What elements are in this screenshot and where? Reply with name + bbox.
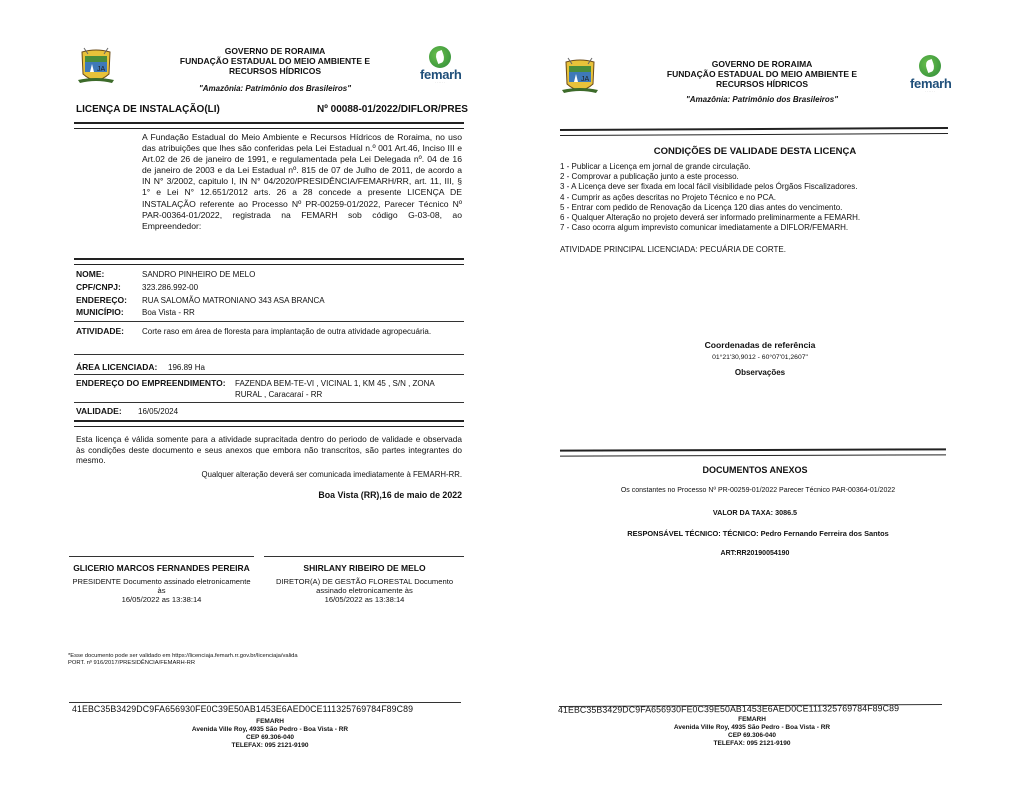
validade-value: 16/05/2024 — [138, 407, 178, 416]
org-header: GOVERNO DE RORAIMA FUNDAÇÃO ESTADUAL DO … — [140, 46, 410, 76]
roraima-crest-logo: JA — [76, 46, 116, 90]
divider — [74, 122, 464, 129]
art-number: ART:RR20190054190 — [560, 550, 950, 557]
license-type: LICENÇA DE INSTALAÇÃO(LI) — [76, 104, 220, 115]
header-line3: RECURSOS HÍDRICOS — [140, 66, 410, 76]
area-label: ÁREA LICENCIADA: — [76, 362, 157, 372]
license-page-back: JA GOVERNO DE RORAIMA FUNDAÇÃO ESTADUAL … — [512, 0, 1024, 788]
endereco-label: ENDEREÇO: — [76, 295, 127, 305]
leaf-icon — [919, 55, 941, 77]
annex-title: DOCUMENTOS ANEXOS — [560, 465, 950, 475]
divider — [560, 448, 946, 456]
footer-phone: TELEFAX: 095 2121-9190 — [140, 742, 400, 750]
header-line2: FUNDAÇÃO ESTADUAL DO MEIO AMBIENTE E — [632, 69, 892, 79]
atividade-label: ATIVIDADE: — [76, 326, 124, 336]
divider — [74, 374, 464, 375]
femarh-logo: femarh · · · · · · — [420, 46, 460, 92]
empreendimento-address-label: ENDEREÇO DO EMPREENDIMENTO: — [76, 378, 226, 388]
divider — [69, 702, 461, 703]
divider — [560, 127, 948, 136]
cpf-label: CPF/CNPJ: — [76, 282, 121, 292]
nome-label: NOME: — [76, 269, 104, 279]
place-date: Boa Vista (RR),16 de maio de 2022 — [76, 490, 462, 500]
condition-item: 1 - Publicar a Licença em jornal de gran… — [560, 162, 960, 172]
document-hash: 41EBC35B3429DC9FA656930FE0C39E50AB1453E6… — [558, 703, 899, 715]
intro-paragraph: A Fundação Estadual do Meio Ambiente e R… — [142, 132, 462, 232]
fee-value: VALOR DA TAXA: 3086.5 — [560, 508, 950, 517]
header-line2: FUNDAÇÃO ESTADUAL DO MEIO AMBIENTE E — [140, 56, 410, 66]
condition-item: 7 - Caso ocorra algum imprevisto comunic… — [560, 223, 960, 233]
conditions-list: 1 - Publicar a Licença em jornal de gran… — [560, 162, 960, 233]
motto: "Amazônia: Patrimônio dos Brasileiros" — [632, 95, 892, 104]
port-note: PORT. nº 916/2017/PRESIDÊNCIA/FEMARH-RR — [68, 660, 298, 667]
leaf-icon — [429, 46, 451, 68]
condition-item: 3 - A Licença deve ser fixada em local f… — [560, 182, 960, 192]
document-hash: 41EBC35B3429DC9FA656930FE0C39E50AB1453E6… — [72, 704, 413, 714]
footer-org: FEMARH — [140, 718, 400, 726]
empreendimento-address-line2: RURAL , Caracaraí - RR — [235, 390, 322, 399]
motto: "Amazônia: Patrimônio dos Brasileiros" — [140, 84, 410, 93]
org-header: GOVERNO DE RORAIMA FUNDAÇÃO ESTADUAL DO … — [632, 59, 892, 89]
signature-line — [69, 556, 254, 557]
svg-text:JA: JA — [581, 76, 590, 83]
municipio-label: MUNICÍPIO: — [76, 307, 124, 317]
footer-street: Avenida Ville Roy, 4935 São Pedro - Boa … — [622, 724, 882, 732]
footer-address: FEMARH Avenida Ville Roy, 4935 São Pedro… — [140, 718, 400, 750]
signer-role: PRESIDENTE Documento assinado eletronica… — [64, 577, 259, 586]
responsible-technician: RESPONSÁVEL TÉCNICO: TÉCNICO: Pedro Fern… — [560, 529, 956, 538]
validity-paragraph: Esta licença é válida somente para a ati… — [76, 434, 462, 466]
signer-name: SHIRLANY RIBEIRO DE MELO — [262, 563, 467, 573]
divider — [74, 420, 464, 427]
divider — [74, 258, 464, 265]
footer-cep: CEP 69.306-040 — [622, 732, 882, 740]
change-notice: Qualquer alteração deverá ser comunicada… — [76, 470, 462, 480]
signer-role: DIRETOR(A) DE GESTÃO FLORESTAL Documento — [262, 577, 467, 586]
divider — [74, 354, 464, 355]
footer-org: FEMARH — [622, 716, 882, 724]
validade-label: VALIDADE: — [76, 406, 122, 416]
footer-phone: TELEFAX: 095 2121-9190 — [622, 740, 882, 748]
validation-note: *Esse documento pode ser validado em htt… — [68, 653, 298, 667]
signer-role-cont: às — [64, 586, 259, 595]
license-number: Nº 00088-01/2022/DIFLOR/PRES — [317, 104, 468, 115]
coords-title: Coordenadas de referência — [660, 340, 860, 350]
license-page-front: JA GOVERNO DE RORAIMA FUNDAÇÃO ESTADUAL … — [0, 0, 512, 788]
divider — [74, 402, 464, 403]
municipio-value: Boa Vista - RR — [142, 308, 195, 317]
footer-street: Avenida Ville Roy, 4935 São Pedro - Boa … — [140, 726, 400, 734]
footer-address: FEMARH Avenida Ville Roy, 4935 São Pedro… — [622, 716, 882, 748]
observations-title: Observações — [660, 368, 860, 377]
roraima-crest-logo: JA — [560, 56, 600, 100]
signature-line — [264, 556, 464, 557]
femarh-logo: femarh · · · · · · — [910, 55, 950, 101]
header-line1: GOVERNO DE RORAIMA — [140, 46, 410, 56]
area-value: 196.89 Ha — [168, 363, 205, 372]
condition-item: 2 - Comprovar a publicação junto a este … — [560, 172, 960, 182]
validation-url[interactable]: *Esse documento pode ser validado em htt… — [68, 653, 298, 660]
atividade-value: Corte raso em área de floresta para impl… — [142, 327, 431, 336]
condition-item: 6 - Qualquer Alteração no projeto deverá… — [560, 213, 960, 223]
footer-cep: CEP 69.306-040 — [140, 734, 400, 742]
signature-block-president: GLICERIO MARCOS FERNANDES PEREIRA PRESID… — [64, 563, 259, 604]
nome-value: SANDRO PINHEIRO DE MELO — [142, 270, 255, 279]
condition-item: 4 - Cumprir as ações descritas no Projet… — [560, 193, 960, 203]
signed-timestamp: 16/05/2022 as 13:38:14 — [262, 595, 467, 604]
condition-item: 5 - Entrar com pedido de Renovação da Li… — [560, 203, 960, 213]
header-line3: RECURSOS HÍDRICOS — [632, 79, 892, 89]
signer-role-cont: assinado eletronicamente às — [262, 586, 467, 595]
divider — [74, 321, 464, 322]
main-activity: ATIVIDADE PRINCIPAL LICENCIADA: PECUÁRIA… — [560, 245, 786, 254]
svg-text:JA: JA — [97, 66, 106, 73]
signature-block-director: SHIRLANY RIBEIRO DE MELO DIRETOR(A) DE G… — [262, 563, 467, 604]
header-line1: GOVERNO DE RORAIMA — [632, 59, 892, 69]
cpf-value: 323.286.992-00 — [142, 283, 198, 292]
empreendimento-address-line1: FAZENDA BEM-TE-VI , VICINAL 1, KM 45 , S… — [235, 379, 435, 388]
signed-timestamp: 16/05/2022 as 13:38:14 — [64, 595, 259, 604]
annex-text: Os constantes no Processo Nº PR-00259-01… — [560, 487, 956, 494]
coords-value: 01°21'30,9012 - 60°07'01,2607" — [660, 354, 860, 361]
conditions-title: CONDIÇÕES DE VALIDADE DESTA LICENÇA — [560, 146, 950, 157]
signer-name: GLICERIO MARCOS FERNANDES PEREIRA — [64, 563, 259, 573]
endereco-value: RUA SALOMÃO MATRONIANO 343 ASA BRANCA — [142, 296, 325, 305]
